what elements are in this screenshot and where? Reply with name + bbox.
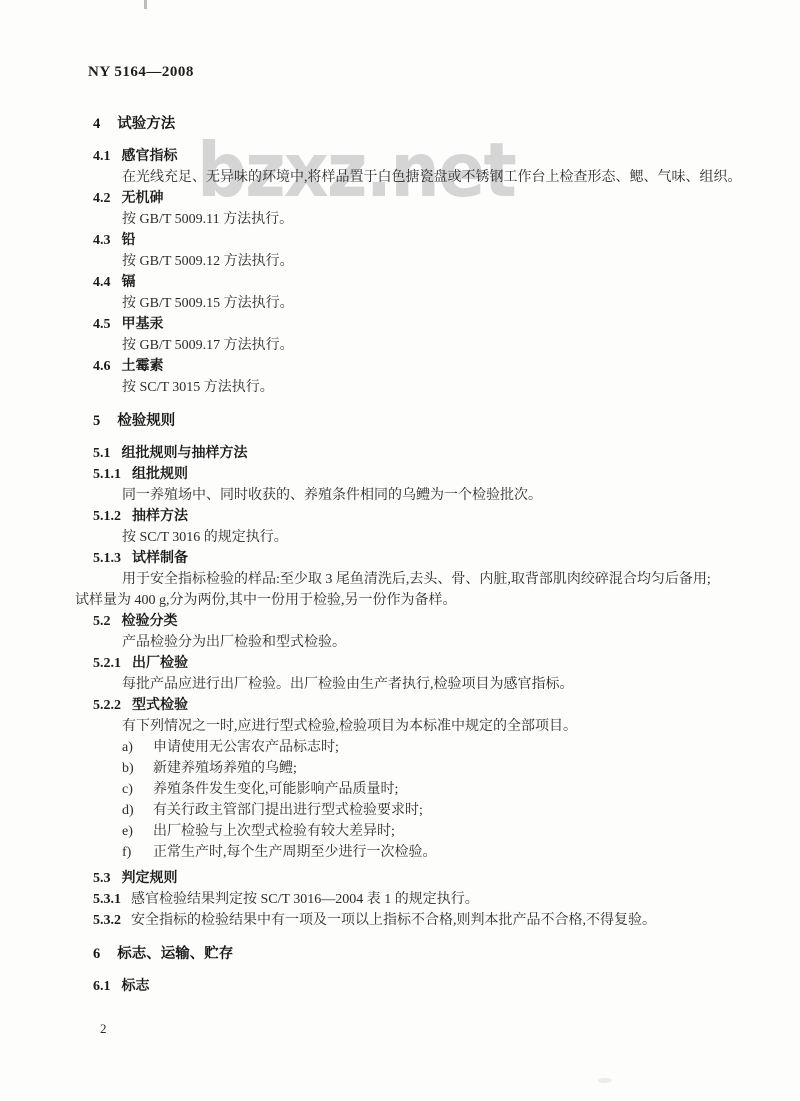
list-marker: e)	[122, 821, 153, 842]
numbered-paragraph-5-3-2: 5.3.2安全指标的检验结果中有一项及一项以上指标不合格,则判本批产品不合格,不…	[93, 910, 783, 931]
list-marker: f)	[122, 842, 153, 863]
section-number: 4.2	[93, 191, 111, 206]
section-number: 4.3	[93, 233, 111, 248]
list-marker: d)	[122, 800, 153, 821]
list-item-a: a)申请使用无公害农产品标志时;	[93, 737, 783, 758]
section-title: 标志、运输、贮存	[117, 946, 233, 962]
section-number: 5.3	[93, 871, 111, 886]
scan-artifact	[598, 1078, 612, 1083]
paragraph: 按 GB/T 5009.12 方法执行。	[93, 251, 783, 272]
list-marker: a)	[122, 737, 153, 758]
section-number: 5.3.2	[93, 913, 121, 928]
subsection-heading-4-5: 4.5甲基汞	[93, 314, 783, 335]
section-title: 铅	[122, 233, 136, 248]
paragraph: 用于安全指标检验的样品:至少取 3 尾鱼清洗后,去头、骨、内脏,取背部肌肉绞碎混…	[93, 569, 783, 590]
section-title: 组批规则	[132, 467, 188, 482]
section-number: 4	[93, 116, 100, 132]
section-heading-6: 6标志、运输、贮存	[93, 944, 783, 965]
list-text: 养殖条件发生变化,可能影响产品质量时;	[153, 782, 398, 797]
paragraph: 在光线充足、无异味的环境中,将样品置于白色搪瓷盘或不锈钢工作台上检查形态、鳃、气…	[93, 167, 783, 188]
subsection-heading-5-2: 5.2检验分类	[93, 611, 783, 632]
section-number: 4.5	[93, 317, 111, 332]
paragraph: 产品检验分为出厂检验和型式检验。	[93, 632, 783, 653]
list-text: 出厂检验与上次型式检验有较大差异时;	[153, 824, 395, 839]
subsection-heading-4-4: 4.4镉	[93, 272, 783, 293]
subsubsection-heading-5-1-1: 5.1.1组批规则	[93, 464, 783, 485]
section-number: 5.3.1	[93, 892, 121, 907]
section-title: 镉	[122, 275, 136, 290]
list-item-e: e)出厂检验与上次型式检验有较大差异时;	[93, 821, 783, 842]
section-title: 检验规则	[117, 413, 175, 429]
list-text: 正常生产时,每个生产周期至少进行一次检验。	[153, 845, 437, 860]
paragraph: 每批产品应进行出厂检验。出厂检验由生产者执行,检验项目为感官指标。	[93, 674, 783, 695]
section-number: 4.1	[93, 149, 111, 164]
section-title: 试样制备	[132, 551, 188, 566]
list-text: 有关行政主管部门提出进行型式检验要求时;	[153, 803, 423, 818]
section-title: 型式检验	[132, 698, 188, 713]
section-number: 5.2.1	[93, 656, 121, 671]
section-title: 出厂检验	[132, 656, 188, 671]
subsection-heading-6-1: 6.1标志	[93, 976, 783, 997]
standard-number-header: NY 5164—2008	[88, 64, 194, 81]
section-title: 抽样方法	[132, 509, 188, 524]
page-number: 2	[100, 1021, 107, 1037]
paragraph-text: 感官检验结果判定按 SC/T 3016—2004 表 1 的规定执行。	[131, 892, 479, 907]
paragraph: 按 GB/T 5009.11 方法执行。	[93, 209, 783, 230]
subsection-heading-4-3: 4.3铅	[93, 230, 783, 251]
section-number: 4.6	[93, 359, 111, 374]
section-heading-4: 4试验方法	[93, 114, 783, 135]
section-number: 5.1.2	[93, 509, 121, 524]
list-item-d: d)有关行政主管部门提出进行型式检验要求时;	[93, 800, 783, 821]
section-number: 5	[93, 413, 100, 429]
list-text: 申请使用无公害农产品标志时;	[153, 740, 339, 755]
section-number: 6	[93, 946, 100, 962]
subsection-heading-4-6: 4.6土霉素	[93, 356, 783, 377]
subsubsection-heading-5-1-2: 5.1.2抽样方法	[93, 506, 783, 527]
section-title: 感官指标	[122, 149, 178, 164]
section-title: 判定规则	[122, 871, 178, 886]
document-page: NY 5164—2008 bzxz.net 4试验方法 4.1感官指标 在光线充…	[0, 0, 800, 1101]
section-title: 组批规则与抽样方法	[122, 446, 248, 461]
paragraph-text: 安全指标的检验结果中有一项及一项以上指标不合格,则判本批产品不合格,不得复验。	[131, 913, 656, 928]
list-text: 新建养殖场养殖的乌鳢;	[153, 761, 297, 776]
subsection-heading-5-1: 5.1组批规则与抽样方法	[93, 443, 783, 464]
list-item-c: c)养殖条件发生变化,可能影响产品质量时;	[93, 779, 783, 800]
section-title: 试验方法	[117, 116, 175, 132]
paragraph: 按 GB/T 5009.15 方法执行。	[93, 293, 783, 314]
section-number: 5.1	[93, 446, 111, 461]
section-number: 5.1.1	[93, 467, 121, 482]
section-number: 5.1.3	[93, 551, 121, 566]
paragraph-continuation: 试样量为 400 g,分为两份,其中一份用于检验,另一份作为备样。	[75, 590, 783, 611]
section-title: 标志	[122, 979, 150, 994]
list-marker: b)	[122, 758, 153, 779]
numbered-paragraph-5-3-1: 5.3.1感官检验结果判定按 SC/T 3016—2004 表 1 的规定执行。	[93, 889, 783, 910]
subsubsection-heading-5-1-3: 5.1.3试样制备	[93, 548, 783, 569]
subsection-heading-5-3: 5.3判定规则	[93, 868, 783, 889]
section-number: 5.2	[93, 614, 111, 629]
subsection-heading-4-1: 4.1感官指标	[93, 146, 783, 167]
section-title: 检验分类	[122, 614, 178, 629]
list-marker: c)	[122, 779, 153, 800]
list-item-b: b)新建养殖场养殖的乌鳢;	[93, 758, 783, 779]
paragraph: 同一养殖场中、同时收获的、养殖条件相同的乌鳢为一个检验批次。	[93, 485, 783, 506]
paragraph: 有下列情况之一时,应进行型式检验,检验项目为本标准中规定的全部项目。	[93, 716, 783, 737]
section-number: 6.1	[93, 979, 111, 994]
paragraph: 按 SC/T 3015 方法执行。	[93, 377, 783, 398]
paragraph: 按 GB/T 5009.17 方法执行。	[93, 335, 783, 356]
paragraph: 按 SC/T 3016 的规定执行。	[93, 527, 783, 548]
document-body: 4试验方法 4.1感官指标 在光线充足、无异味的环境中,将样品置于白色搪瓷盘或不…	[93, 101, 783, 997]
section-number: 4.4	[93, 275, 111, 290]
section-title: 无机砷	[122, 191, 164, 206]
section-title: 甲基汞	[122, 317, 164, 332]
list-item-f: f)正常生产时,每个生产周期至少进行一次检验。	[93, 842, 783, 863]
subsubsection-heading-5-2-1: 5.2.1出厂检验	[93, 653, 783, 674]
scan-artifact	[144, 0, 147, 9]
section-number: 5.2.2	[93, 698, 121, 713]
section-title: 土霉素	[122, 359, 164, 374]
subsection-heading-4-2: 4.2无机砷	[93, 188, 783, 209]
section-heading-5: 5检验规则	[93, 411, 783, 432]
subsubsection-heading-5-2-2: 5.2.2型式检验	[93, 695, 783, 716]
